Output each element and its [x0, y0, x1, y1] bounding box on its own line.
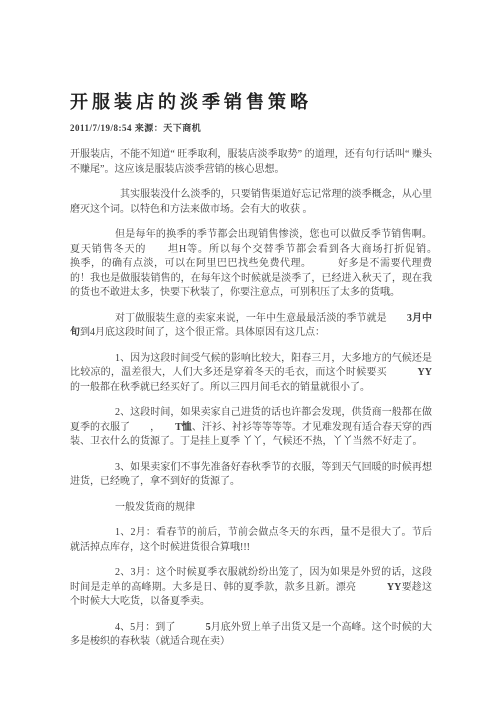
text-run: 的一般都在秋季就已经买好了。所以三四月间毛衣的销量就很小了。	[70, 382, 370, 393]
text-run: 1、因为这段时间受气候的影响比较大，阳春三月，大多地方的气候还是比较凉的，温差很…	[70, 353, 432, 379]
text-run: 3、如果卖家们不事先准备好春秋季节的衣服，等到天气回暖的时候再想进货，已经晚了，…	[70, 462, 432, 488]
text-run: 对丁做服装生意的卖家来说，一年中生意最最活淡的季节就是	[115, 313, 407, 324]
text-run: 2、3月：这个时候夏季衣服就纷纷出笼了，因为如果是外贸的话，这段时间是走单的高峰…	[70, 567, 432, 593]
paragraph: 4、5月：到了 5月底外贸上单子出货又是一个高峰。这个时候的大多是梭织的春秋装（…	[70, 621, 432, 650]
article-title: 开服装店的淡季销售策略	[70, 90, 432, 114]
bold-text-run: T恤	[175, 422, 192, 433]
text-run: 到4月底这段时间了，这个很正常。具体原因有这几点：	[80, 327, 325, 338]
paragraph: 3、如果卖家们不事先准备好春秋季节的衣服，等到天气回暖的时候再想进货，已经晚了，…	[70, 461, 432, 490]
paragraph: 对丁做服装生意的卖家来说，一年中生意最最活淡的季节就是 3月中旬到4月底这段时间…	[70, 312, 432, 341]
paragraph: 2、这段时间，如果卖家自己进货的话也许都会发现，供货商一般都在做夏季的衣服了 ，…	[70, 406, 432, 450]
paragraph: 一般发货商的规律	[70, 501, 432, 516]
paragraph: 开服装店，不能不知道“ 旺季取利，服装店淡季取势” 的道理，还有句行话叫“ 赚头…	[70, 148, 432, 177]
document-page: 开服装店的淡季销售策略 2011/7/19/8:54 来源：天下商机 开服装店，…	[0, 0, 500, 708]
text-run: 其实服装没什么淡季的，只要销售渠道好忘记常理的淡季概念，从心里磨灭这个词。以特色…	[70, 189, 432, 215]
bold-text-run: YY	[418, 367, 432, 378]
paragraph: 但是每年的换季的季节都会出现销售惨淡，您也可以做反季节销售啊。夏天销售冬天的 坦…	[70, 228, 432, 301]
text-run: 但是每年的换季的季节都会出现销售惨淡，您也可以做反季节销售啊。夏天销售冬天的 坦…	[70, 229, 452, 298]
text-run: 1、2月：看春节的前后，节前会做点冬天的东西，量不是很大了。节后就活掉点库存，这…	[70, 527, 432, 553]
paragraph: 2、3月：这个时候夏季衣服就纷纷出笼了，因为如果是外贸的话，这段时间是走单的高峰…	[70, 566, 432, 610]
text-run: 开服装店，不能不知道“ 旺季取利，服装店淡季取势” 的道理，还有句行话叫“ 赚头…	[70, 149, 432, 175]
text-run: 一般发货商的规律	[115, 502, 195, 513]
article-body: 开服装店，不能不知道“ 旺季取利，服装店淡季取势” 的道理，还有句行话叫“ 赚头…	[70, 148, 432, 650]
bold-text-run: YY	[387, 582, 401, 593]
article-meta: 2011/7/19/8:54 来源：天下商机	[70, 121, 432, 134]
text-run: 4、5月：到了	[115, 622, 206, 633]
paragraph: 其实服装没什么淡季的，只要销售渠道好忘记常理的淡季概念，从心里磨灭这个词。以特色…	[70, 188, 432, 217]
paragraph: 1、2月：看春节的前后，节前会做点冬天的东西，量不是很大了。节后就活掉点库存，这…	[70, 526, 432, 555]
paragraph: 1、因为这段时间受气候的影响比较大，阳春三月，大多地方的气候还是比较凉的，温差很…	[70, 352, 432, 396]
